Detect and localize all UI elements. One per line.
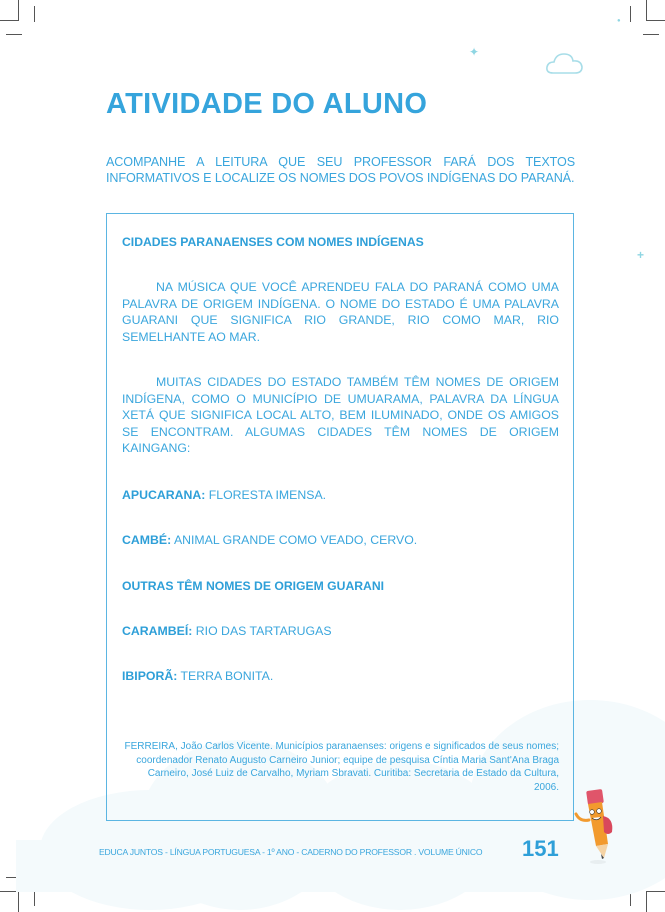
crop-mark <box>18 891 19 912</box>
crop-mark <box>6 34 22 35</box>
crop-mark <box>646 0 647 21</box>
instruction-text: ACOMPANHE A LEITURA QUE SEU PROFESSOR FA… <box>106 154 575 186</box>
crop-mark <box>34 890 35 906</box>
crop-mark <box>643 34 659 35</box>
crop-mark <box>18 0 19 21</box>
crop-mark <box>647 20 665 21</box>
meaning: TERRA BONITA. <box>181 669 274 683</box>
dot-icon: ● <box>617 18 621 24</box>
paragraph-2: MUITAS CIDADES DO ESTADO TAMBÉM TÊM NOME… <box>122 374 559 457</box>
paragraph-1: NA MÚSICA QUE VOCÊ APRENDEU FALA DO PARA… <box>122 279 559 345</box>
term: CAMBÉ: <box>122 533 171 547</box>
list-item: APUCARANA: FLORESTA IMENSA. <box>122 488 559 502</box>
bibliographic-reference: FERREIRA, João Carlos Vicente. Município… <box>122 740 559 794</box>
page-number: 151 <box>522 836 559 862</box>
info-box: CIDADES PARANAENSES COM NOMES INDÍGENAS … <box>106 213 574 821</box>
list-item: IBIPORÃ: TERRA BONITA. <box>122 669 559 683</box>
box-heading: CIDADES PARANAENSES COM NOMES INDÍGENAS <box>122 235 559 249</box>
crop-mark <box>647 891 665 892</box>
crop-mark <box>0 20 18 21</box>
term: APUCARANA: <box>122 488 205 502</box>
list-item: CARAMBEÍ: RIO DAS TARTARUGAS <box>122 624 559 638</box>
crop-mark <box>34 6 35 22</box>
list-item: CAMBÉ: ANIMAL GRANDE COMO VEADO, CERVO. <box>122 533 559 547</box>
cloud-icon <box>545 50 585 76</box>
term: CARAMBEÍ: <box>122 624 192 638</box>
crop-mark <box>630 6 631 22</box>
term: IBIPORÃ: <box>122 669 177 683</box>
meaning: RIO DAS TARTARUGAS <box>196 624 332 638</box>
guarani-heading: OUTRAS TÊM NOMES DE ORIGEM GUARANI <box>122 579 559 593</box>
page-title: ATIVIDADE DO ALUNO <box>106 88 427 121</box>
crop-mark <box>646 891 647 912</box>
sparkle-icon: ✦ <box>469 46 479 58</box>
footer-text: EDUCA JUNTOS - LÍNGUA PORTUGUESA - 1º AN… <box>99 847 482 857</box>
meaning: ANIMAL GRANDE COMO VEADO, CERVO. <box>174 533 417 547</box>
meaning: FLORESTA IMENSA. <box>209 488 326 502</box>
sparkle-icon: + <box>637 249 644 261</box>
pencil-mascot-icon <box>570 786 620 866</box>
